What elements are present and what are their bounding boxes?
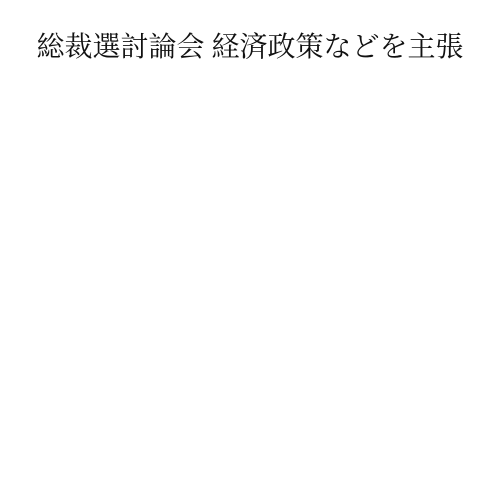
page: 総裁選討論会 経済政策などを主張 [0, 0, 500, 500]
article-headline: 総裁選討論会 経済政策などを主張 [0, 30, 500, 65]
